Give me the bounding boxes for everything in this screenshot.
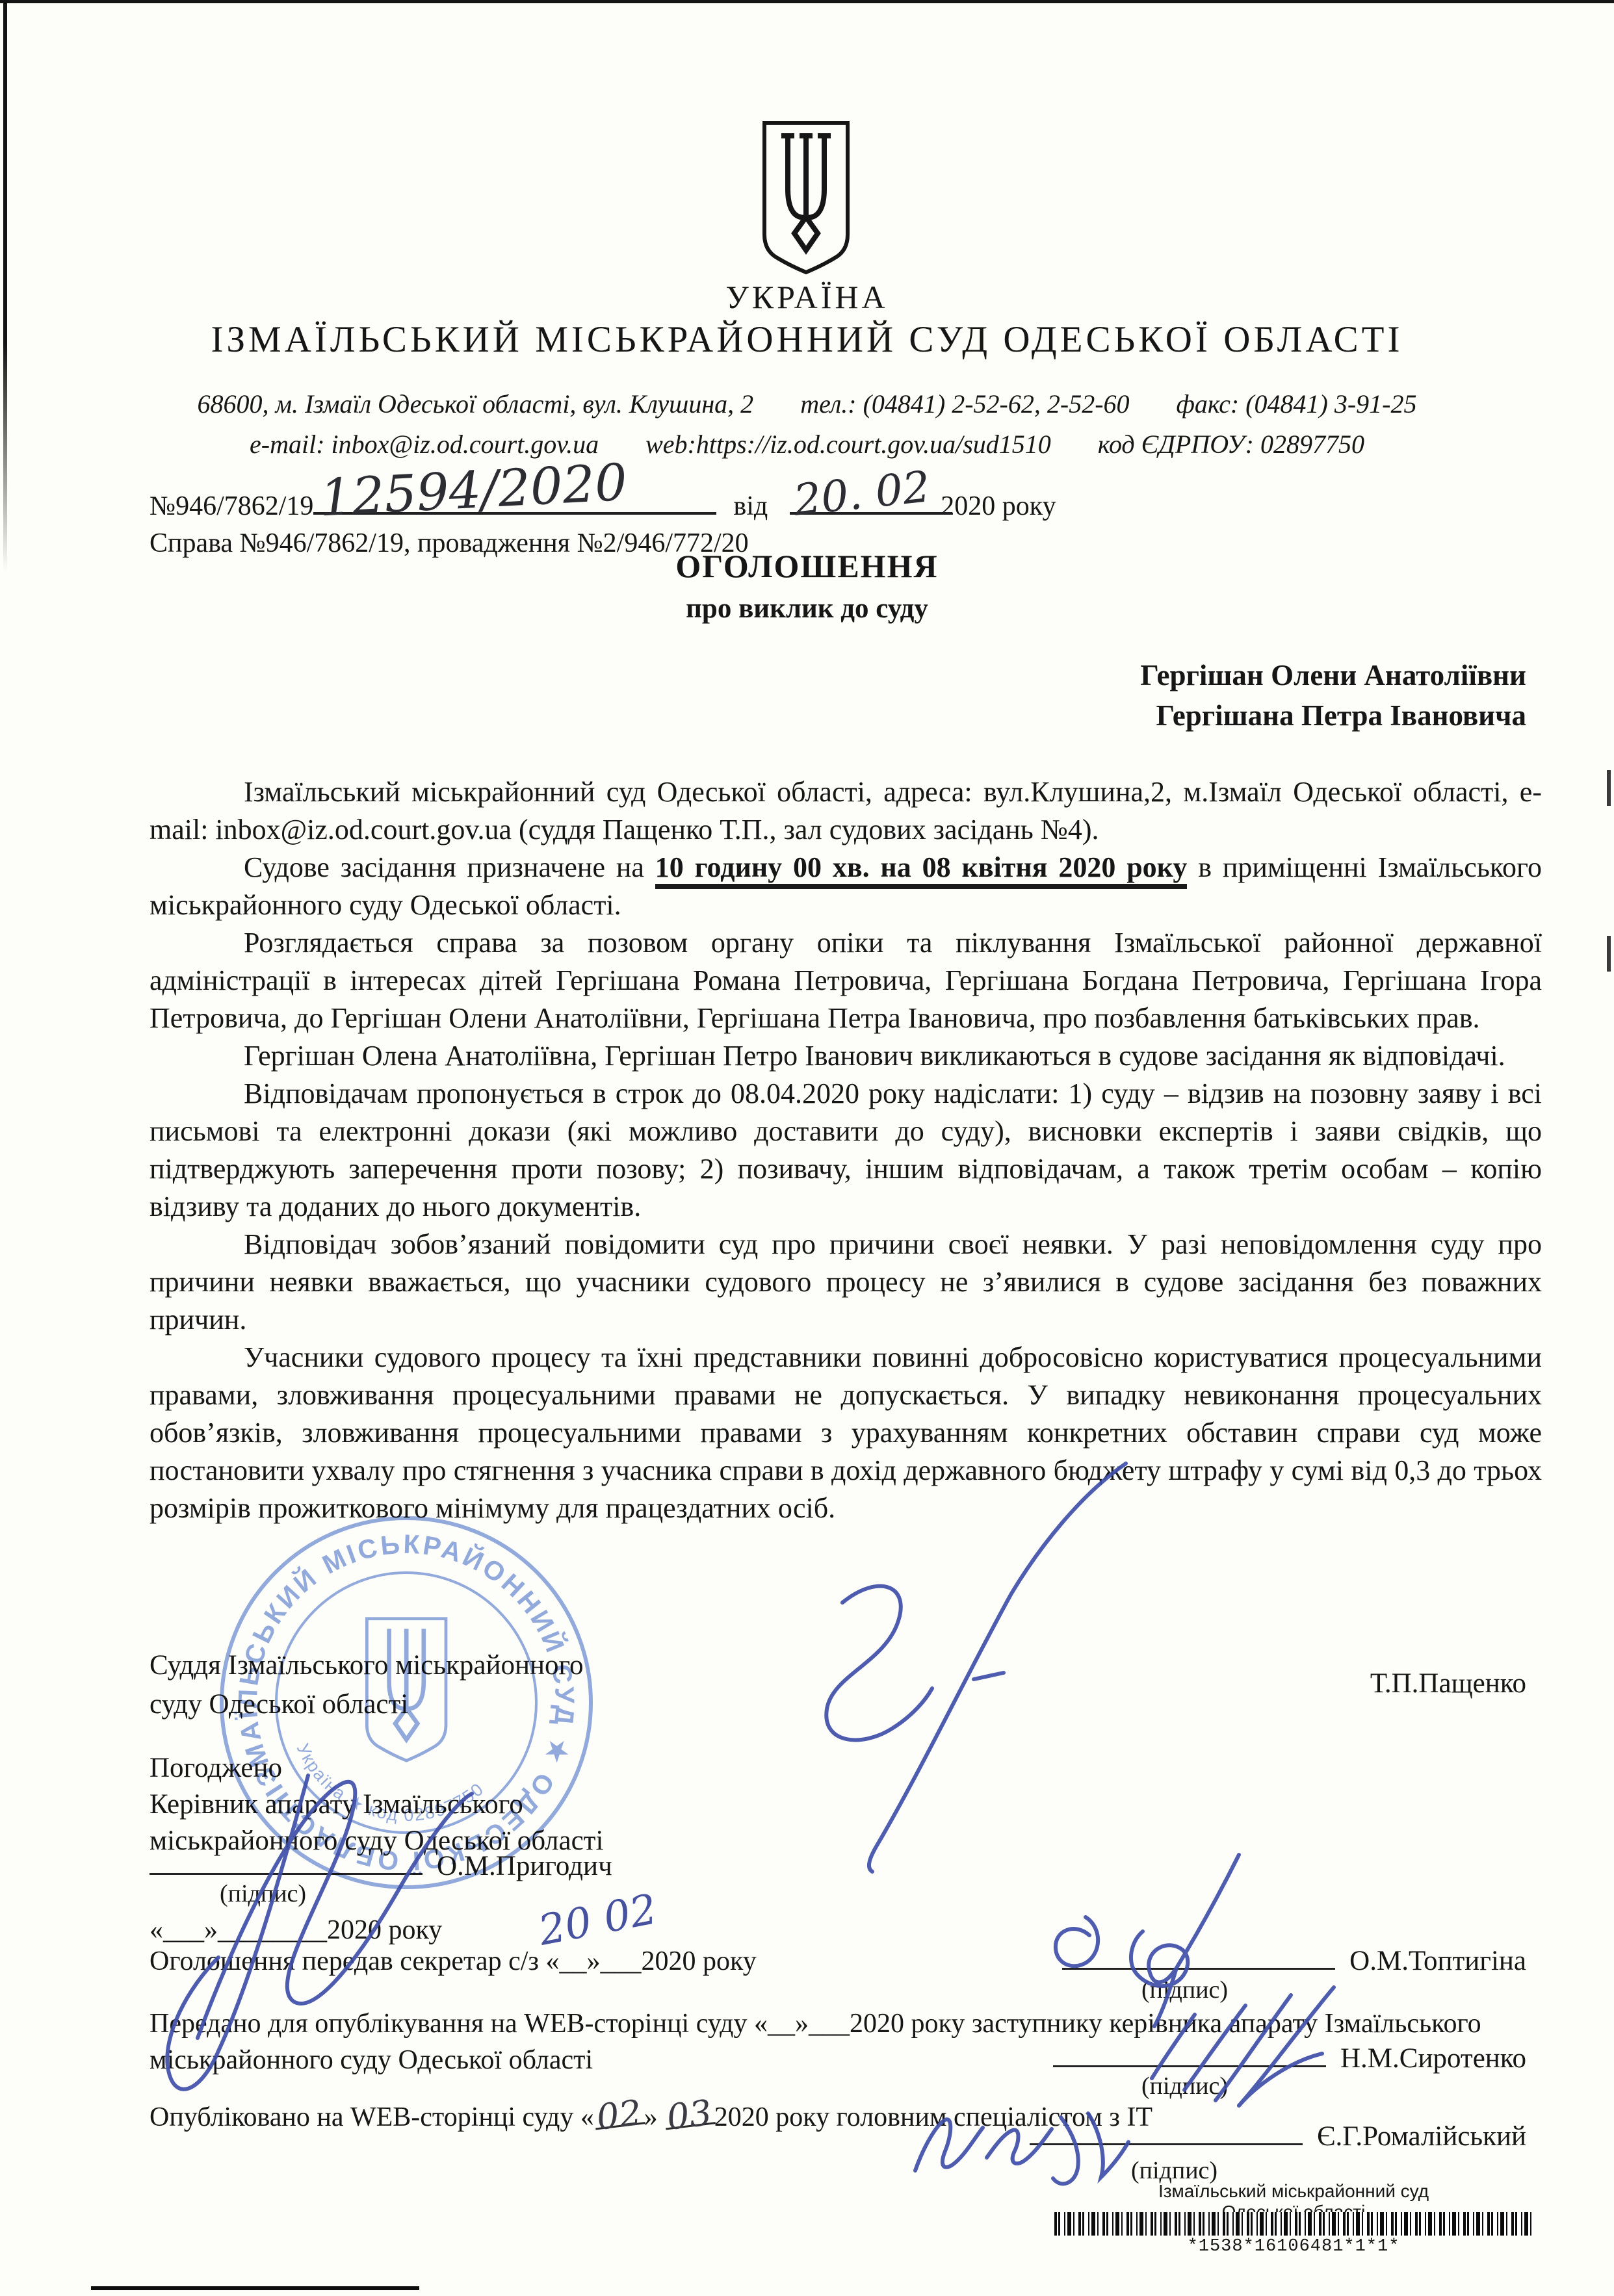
paragraph-case-subject: Розглядається справа за позовом органу о… xyxy=(150,924,1542,1037)
court-name-heading: ІЗМАЇЛЬСЬКИЙ МІСЬКРАЙОННИЙ СУД ОДЕСЬКОЇ … xyxy=(0,318,1614,361)
court-contacts-line: e-mail: inbox@iz.od.court.gov.ua web:htt… xyxy=(0,429,1614,459)
court-address: 68600, м. Ізмаїл Одеської області, вул. … xyxy=(198,389,754,419)
deputy-signature-row: Н.М.Сиротенко xyxy=(1053,2039,1526,2074)
secretary-signature-line xyxy=(1062,1942,1335,1970)
outgoing-date-blank: 20. 02 xyxy=(790,482,952,515)
judge-name: Т.П.Пащенко xyxy=(1370,1668,1526,1699)
court-round-stamp: ІЗМАЇЛЬСЬКИЙ МІСЬКРАЙОННИЙ СУД ★ ОДЕСЬКО… xyxy=(211,1508,601,1898)
paragraph-absence-warning: Відповідач зобов’язаний повідомити суд п… xyxy=(150,1226,1542,1339)
web-transfer-line2: міськрайонного суду Одеської області xyxy=(150,2044,593,2076)
signature-caption: (підпис) xyxy=(1141,1976,1228,2004)
agreed-date-blank: «___»________2020 року xyxy=(150,1915,442,1946)
paragraph-summoned-parties: Гергішан Олена Анатоліївна, Гергішан Пет… xyxy=(150,1037,1542,1075)
addressee-name: Гергішана Петра Івановича xyxy=(1140,695,1526,736)
secretary-name: О.М.Топтигіна xyxy=(1349,1945,1526,1977)
scan-edge-bottom xyxy=(91,2286,419,2290)
paragraph-text: Відповідач зобов’язаний повідомити суд п… xyxy=(150,1228,1542,1335)
scan-edge-right-mark xyxy=(1607,936,1611,972)
handwritten-outgoing-number: 12594/2020 xyxy=(319,454,629,528)
secretary-signature-row: О.М.Топтигіна xyxy=(1062,1942,1526,1977)
signature-caption: (підпис) xyxy=(1141,2072,1228,2100)
document-title: ОГОЛОШЕННЯ xyxy=(0,547,1614,585)
document-barcode xyxy=(1054,2212,1533,2236)
paragraph-procedural-duties: Учасники судового процесу та їхні предст… xyxy=(150,1339,1542,1527)
outgoing-number-line: №946/7862/19 12594/2020 від 20. 02 2020 … xyxy=(150,482,1056,522)
document-subtitle: про виклик до суду xyxy=(0,593,1614,625)
vid-label: від xyxy=(733,491,768,522)
addressee-block: Гергішан Олени Анатоліївни Гергішана Пет… xyxy=(1140,655,1526,736)
paragraph-hearing-date: Судове засідання призначене на 10 годину… xyxy=(150,849,1542,924)
scan-edge-right-mark xyxy=(1607,770,1611,806)
stamp-trident-icon xyxy=(367,1619,446,1761)
published-text-pre: Опубліковано на WEB-сторінці суду « xyxy=(150,2102,594,2132)
scan-edge-top xyxy=(0,0,1614,3)
body-text: Ізмаїльський міськрайонний суд Одеської … xyxy=(150,773,1542,1527)
paragraph-text: Ізмаїльський міськрайонний суд Одеської … xyxy=(150,776,1542,845)
paragraph-respondent-instructions: Відповідачам пропонується в строк до 08.… xyxy=(150,1075,1542,1226)
published-line: Опубліковано на WEB-сторінці суду «02» 0… xyxy=(150,2102,1152,2133)
scanned-court-document: УКРАЇНА ІЗМАЇЛЬСЬКИЙ МІСЬКРАЙОННИЙ СУД О… xyxy=(0,0,1614,2296)
published-quote-close: » xyxy=(644,2102,665,2132)
country-heading: УКРАЇНА xyxy=(0,278,1614,316)
addressee-name: Гергішан Олени Анатоліївни xyxy=(1140,655,1526,695)
barcode-number: *1538*16106481*1*1* xyxy=(1053,2237,1534,2256)
paragraph-text: Гергішан Олена Анатоліївна, Гергішан Пет… xyxy=(244,1040,1505,1072)
court-address-line: 68600, м. Ізмаїл Одеської області, вул. … xyxy=(0,389,1614,419)
case-number-prefix: №946/7862/19 xyxy=(150,491,313,522)
handwritten-published-month: 03 xyxy=(664,2102,716,2130)
paragraph-text: Розглядається справа за позовом органу о… xyxy=(150,927,1542,1034)
court-edrpou: код ЄДРПОУ: 02897750 xyxy=(1098,429,1364,459)
footer-court-line1: Ізмаїльський міськрайонний суд xyxy=(1053,2181,1534,2202)
it-specialist-signature-line xyxy=(1030,2117,1303,2145)
court-phone: тел.: (04841) 2-52-62, 2-52-60 xyxy=(800,389,1129,419)
paragraph-court-info: Ізмаїльський міськрайонний суд Одеської … xyxy=(150,773,1542,849)
secretary-transfer-line: Оголошення передав секретар с/з «__»___2… xyxy=(150,1946,757,1977)
web-transfer-line1: Передано для опублікування на WEB-сторін… xyxy=(150,2008,1481,2039)
hearing-datetime-emphasis: 10 годину 00 хв. на 08 квітня 2020 року xyxy=(655,851,1188,889)
deputy-signature-line xyxy=(1053,2039,1326,2067)
paragraph-text: Відповідачам пропонується в строк до 08.… xyxy=(150,1077,1542,1222)
paragraph-text: Судове засідання призначене на xyxy=(244,851,655,883)
paragraph-text: Учасники судового процесу та їхні предст… xyxy=(150,1341,1542,1524)
outgoing-number-blank: 12594/2020 xyxy=(313,482,716,515)
ukraine-trident-emblem-icon xyxy=(757,119,855,275)
handwritten-published-day: 02 xyxy=(593,2102,645,2130)
year-suffix: 2020 року xyxy=(941,491,1056,522)
handwritten-outgoing-date: 20. 02 xyxy=(792,461,933,526)
it-specialist-signature-row: Є.Г.Ромалійський xyxy=(1030,2117,1526,2152)
court-email: e-mail: inbox@iz.od.court.gov.ua xyxy=(250,429,599,459)
deputy-name: Н.М.Сиротенко xyxy=(1340,2043,1526,2074)
it-specialist-name: Є.Г.Ромалійський xyxy=(1317,2121,1526,2152)
court-fax: факс: (04841) 3-91-25 xyxy=(1177,389,1417,419)
court-web: web:https://iz.od.court.gov.ua/sud1510 xyxy=(645,429,1051,459)
